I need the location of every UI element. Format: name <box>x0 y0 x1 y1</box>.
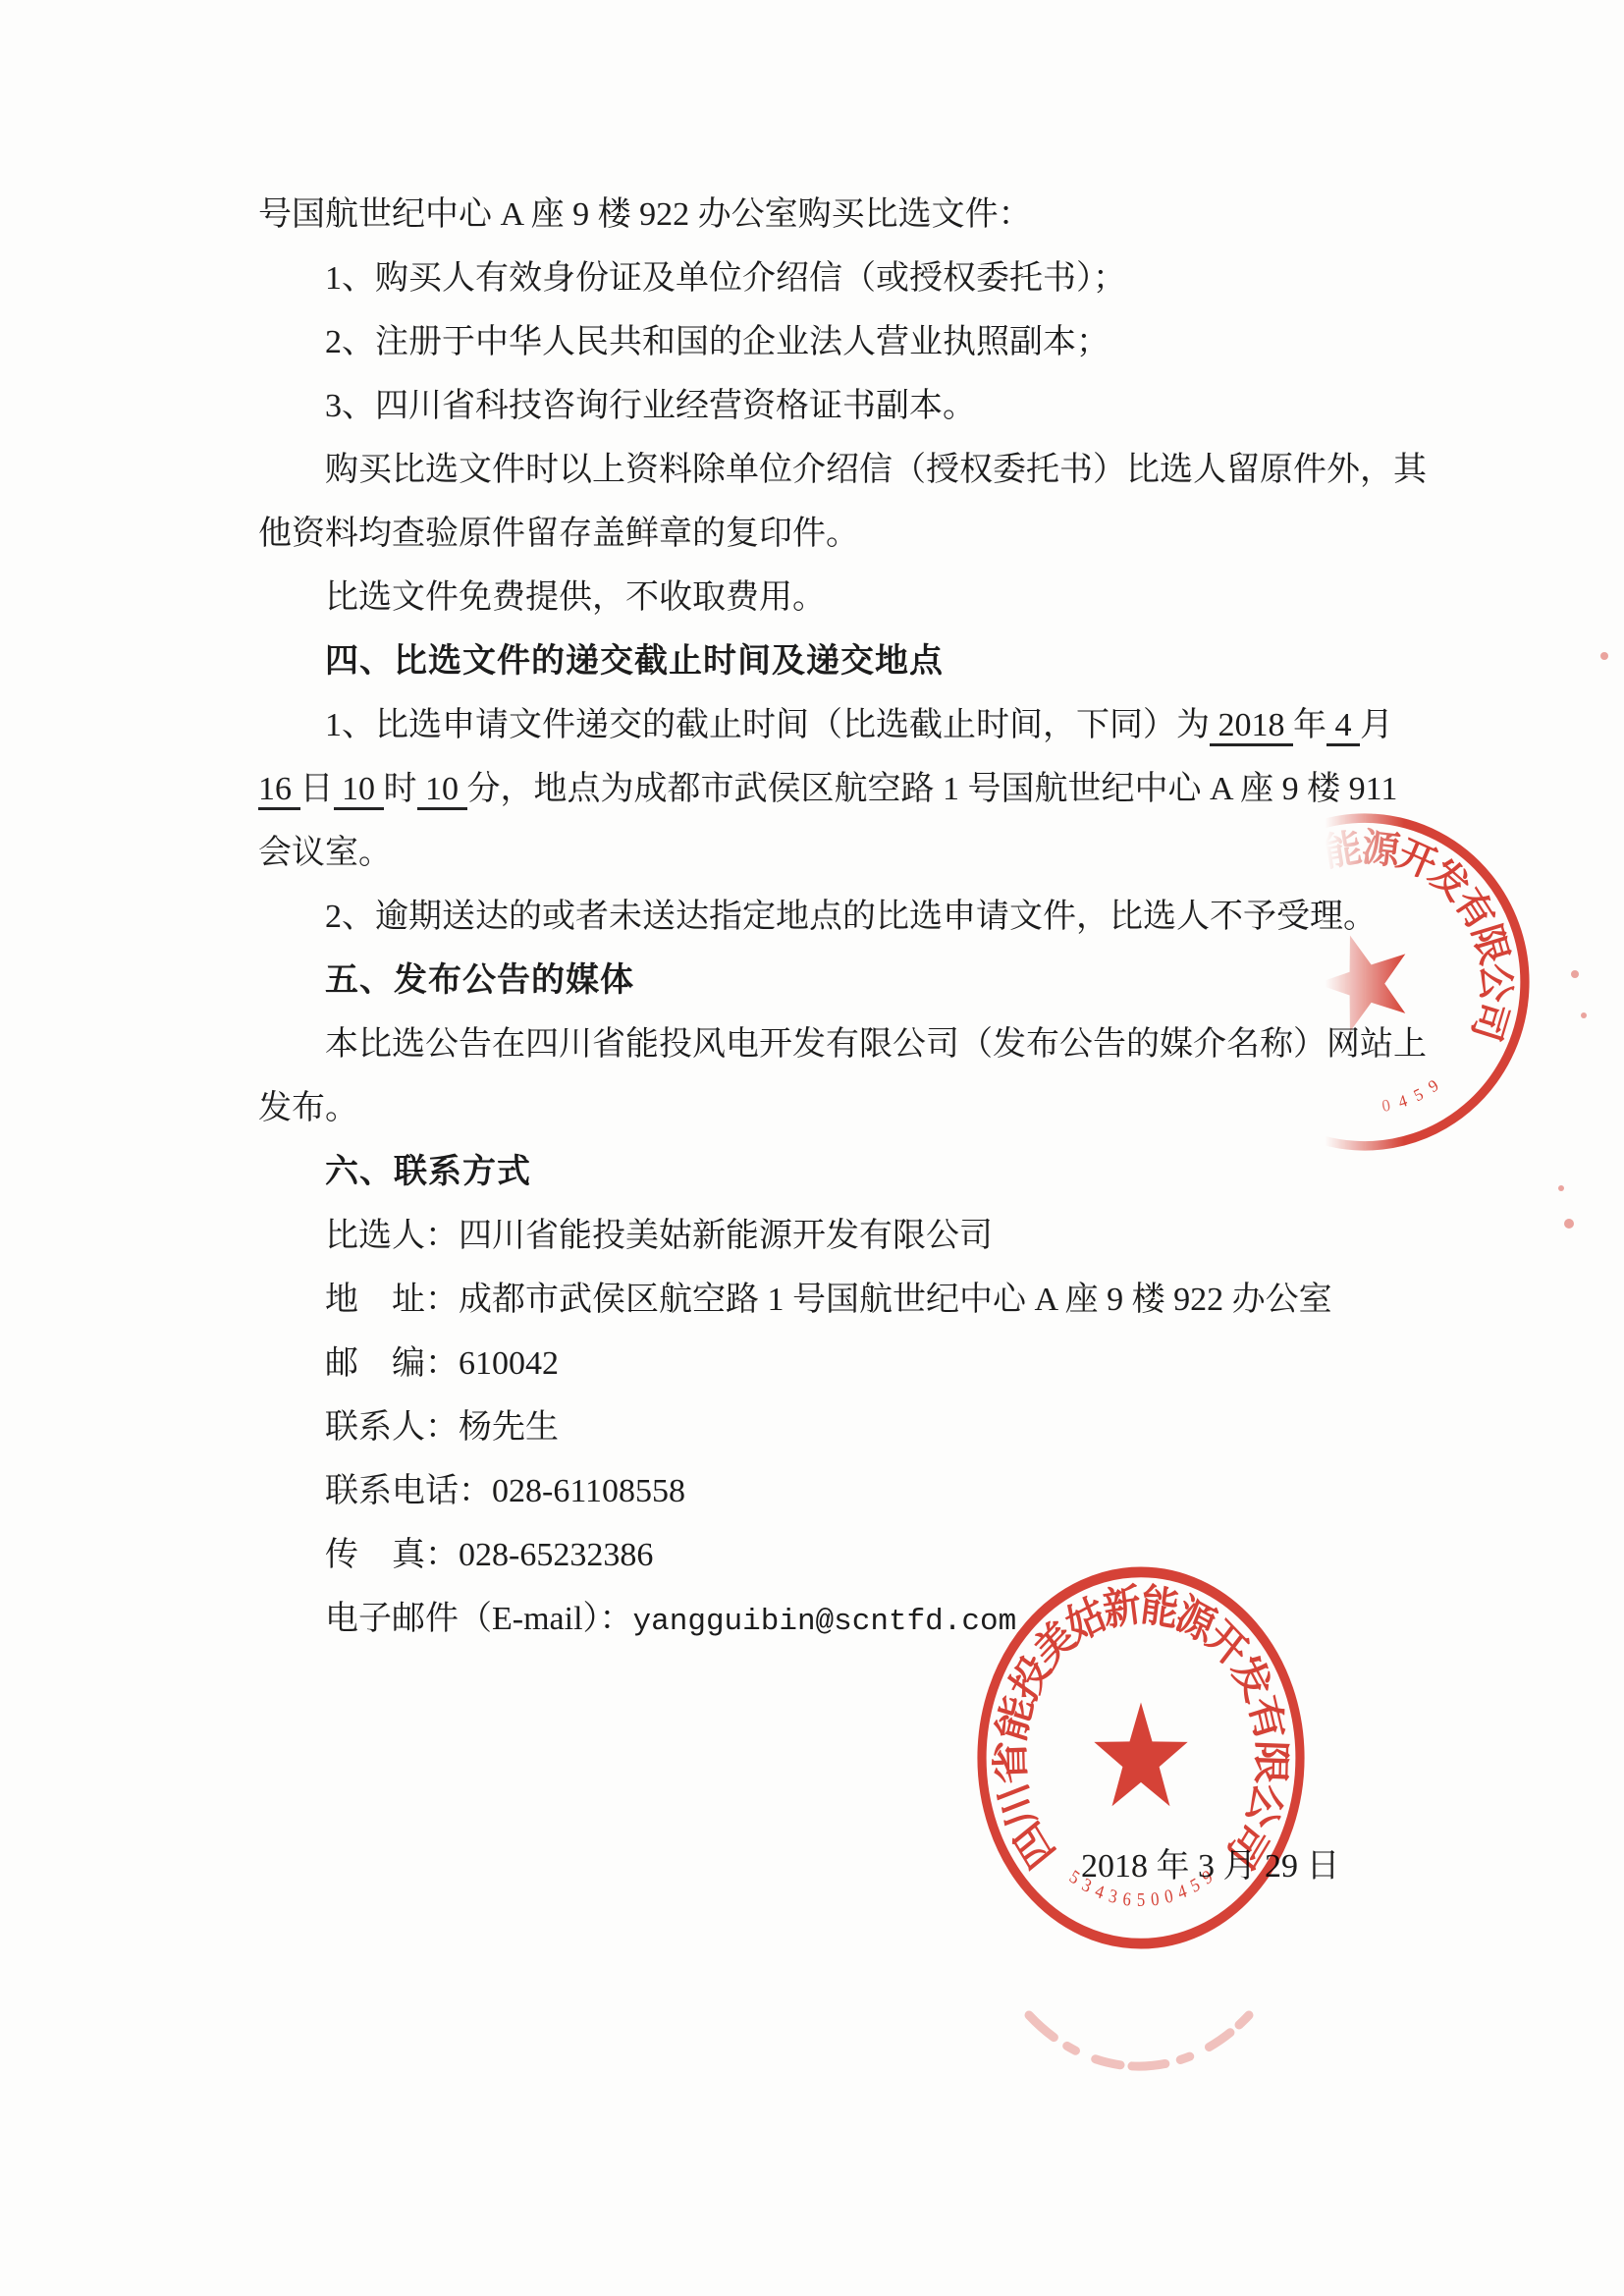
svg-text:0: 0 <box>1163 1885 1174 1907</box>
text-run: 比选文件免费提供，不收取费用。 <box>325 579 826 616</box>
text-run: 联系人：杨先生 <box>325 1409 559 1446</box>
company-seal-graphic: 四川省能投美姑新能源开发有限公司53436500459 <box>977 1566 1305 1949</box>
svg-text:省: 省 <box>990 1739 1033 1785</box>
company-seal-stamp: 四川省能投美姑新能源开发有限公司53436500459 <box>977 1566 1305 1949</box>
company-seal-stamp-partial: 四川省能投美姑新能源开发有限公司0459 <box>1200 813 1530 1151</box>
text-run: 电子邮件（E-mail）： <box>325 1601 633 1637</box>
text-run: 五、发布公告的媒体 <box>325 961 634 999</box>
svg-text:4: 4 <box>1093 1880 1107 1903</box>
text-line: 电子邮件（E-mail）：yangguibin@scntfd.com <box>0 1587 1624 1651</box>
underlined-value: 2018 <box>1210 707 1293 746</box>
text-line: 购买比选文件时以上资料除单位介绍信（授权委托书）比选人留原件外，其 <box>0 438 1624 502</box>
text-run: 2、注册于中华人民共和国的企业法人营业执照副本； <box>325 324 1110 360</box>
svg-text:9: 9 <box>1199 1866 1216 1888</box>
text-run: 联系电话：028-61108558 <box>325 1473 685 1509</box>
svg-text:5: 5 <box>1187 1874 1203 1897</box>
text-line: 3、四川省科技咨询行业经营资格证书副本。 <box>0 374 1624 438</box>
text-run: 传 真：028-65232386 <box>325 1537 653 1573</box>
email-address: yangguibin@scntfd.com <box>633 1605 1017 1639</box>
text-run: 号国航世纪中心 A 座 9 楼 922 办公室购买比选文件： <box>258 196 1032 233</box>
text-run: 时 <box>384 771 417 807</box>
text-run: 四、比选文件的递交截止时间及递交地点 <box>325 642 944 680</box>
svg-text:3: 3 <box>1108 1885 1119 1907</box>
section-heading: 四、比选文件的递交截止时间及递交地点 <box>0 629 1624 693</box>
text-run: 会议室。 <box>258 835 392 871</box>
svg-text:9: 9 <box>1425 1076 1441 1097</box>
text-run: 分，地点为成都市武侯区航空路 1 号国航世纪中心 A 座 9 楼 911 <box>467 771 1398 807</box>
text-run: 3、四川省科技咨询行业经营资格证书副本。 <box>325 388 976 424</box>
svg-text:司: 司 <box>1464 996 1515 1046</box>
text-line: 联系人：杨先生 <box>0 1395 1624 1459</box>
svg-text:5: 5 <box>1066 1866 1083 1888</box>
text-line: 号国航世纪中心 A 座 9 楼 922 办公室购买比选文件： <box>0 183 1624 246</box>
company-seal-partial-graphic: 四川省能投美姑新能源开发有限公司0459 <box>1200 813 1530 1151</box>
text-run: 地 址：成都市武侯区航空路 1 号国航世纪中心 A 座 9 楼 922 办公室 <box>325 1282 1332 1318</box>
text-run: 1、比选申请文件递交的截止时间（比选截止时间，下同）为 <box>325 707 1210 743</box>
text-line: 联系电话：028-61108558 <box>0 1459 1624 1523</box>
text-run: 发布。 <box>258 1090 358 1126</box>
text-run: 年 <box>1293 707 1326 743</box>
text-run: 1、购买人有效身份证及单位介绍信（或授权委托书）； <box>325 260 1126 297</box>
underlined-value: 16 <box>258 771 300 810</box>
text-line: 邮 编：610042 <box>0 1332 1624 1395</box>
svg-text:0: 0 <box>1380 1096 1392 1116</box>
underlined-value: 4 <box>1326 707 1360 746</box>
text-line: 比选人：四川省能投美姑新能源开发有限公司 <box>0 1204 1624 1268</box>
underlined-value: 10 <box>334 771 384 810</box>
svg-text:5: 5 <box>1411 1084 1427 1105</box>
svg-text:5: 5 <box>1137 1889 1145 1910</box>
text-line: 传 真：028-65232386 <box>0 1523 1624 1587</box>
text-line: 他资料均查验原件留存盖鲜章的复印件。 <box>0 502 1624 566</box>
svg-text:3: 3 <box>1079 1874 1095 1897</box>
text-line: 比选文件免费提供，不收取费用。 <box>0 566 1624 629</box>
svg-text:公: 公 <box>1474 963 1516 1003</box>
svg-text:能: 能 <box>1321 826 1365 876</box>
text-run: 他资料均查验原件留存盖鲜章的复印件。 <box>258 516 859 552</box>
text-line: 1、购买人有效身份证及单位介绍信（或授权委托书）； <box>0 246 1624 310</box>
text-run: 六、联系方式 <box>325 1153 531 1190</box>
svg-text:能: 能 <box>1212 968 1256 1010</box>
document-page: 号国航世纪中心 A 座 9 楼 922 办公室购买比选文件：1、购买人有效身份证… <box>0 0 1624 2296</box>
text-line: 16 日 10 时 10 分，地点为成都市武侯区航空路 1 号国航世纪中心 A … <box>0 757 1624 821</box>
svg-text:4: 4 <box>1175 1880 1189 1903</box>
text-line: 2、注册于中华人民共和国的企业法人营业执照副本； <box>0 310 1624 374</box>
text-run: 邮 编：610042 <box>325 1345 559 1382</box>
text-run: 月 <box>1360 707 1393 743</box>
text-line: 1、比选申请文件递交的截止时间（比选截止时间，下同）为 2018 年 4 月 <box>0 693 1624 757</box>
svg-text:4: 4 <box>1396 1091 1410 1112</box>
underlined-value: 10 <box>417 771 467 810</box>
text-run: 购买比选文件时以上资料除单位介绍信（授权委托书）比选人留原件外，其 <box>325 452 1427 488</box>
svg-text:0: 0 <box>1150 1887 1160 1909</box>
text-line: 地 址：成都市武侯区航空路 1 号国航世纪中心 A 座 9 楼 922 办公室 <box>0 1268 1624 1332</box>
svg-text:6: 6 <box>1122 1887 1132 1909</box>
text-run: 比选人：四川省能投美姑新能源开发有限公司 <box>325 1218 993 1254</box>
text-run: 日 <box>300 771 334 807</box>
